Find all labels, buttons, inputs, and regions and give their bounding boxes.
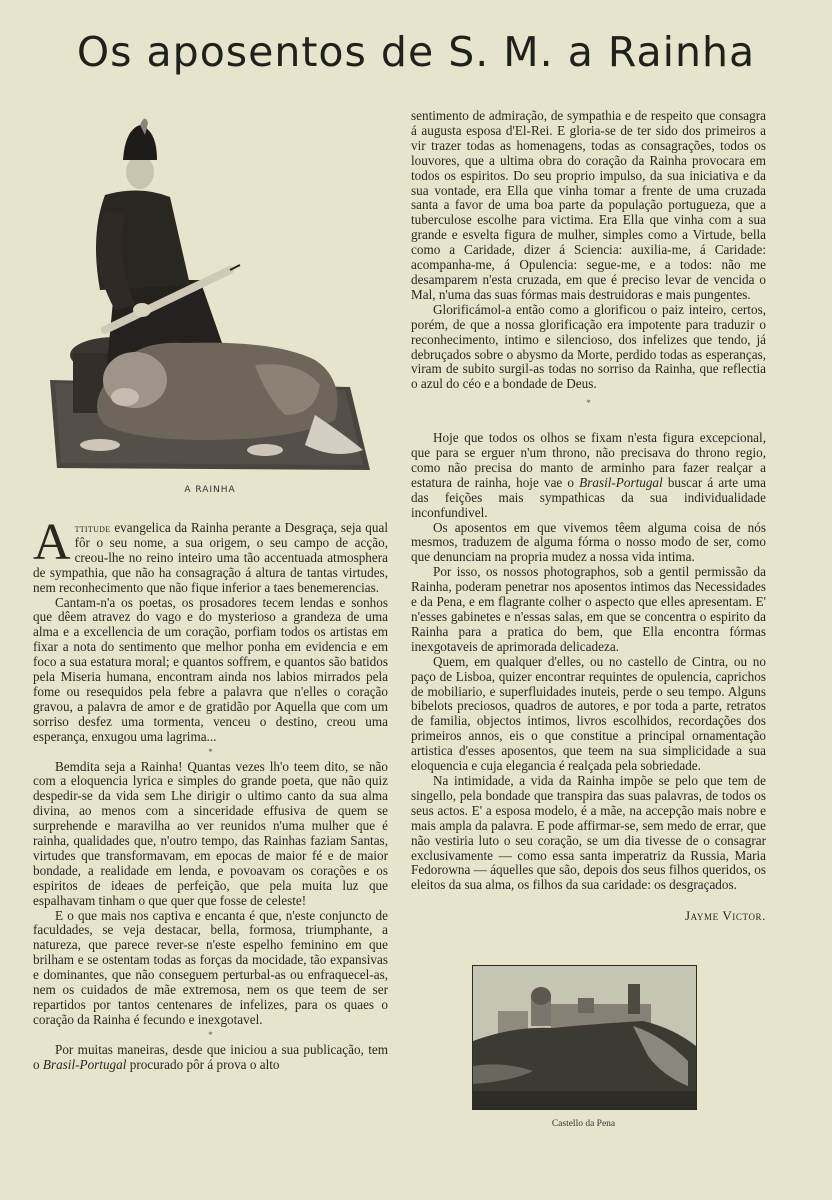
castle-photo-caption: Castello da Pena (472, 1119, 695, 1129)
article-title: Os aposentos de S. M. a Rainha (0, 28, 832, 76)
paragraph-2: Cantam-n'a os poetas, os prosadores tece… (33, 596, 388, 745)
paragraph-5: Por isso, os nossos photographos, sob a … (411, 565, 766, 654)
author-signature: Jayme Victor. (411, 909, 766, 924)
castle-photograph (472, 965, 697, 1110)
paragraph-1: Attitude evangelica da Rainha perante a … (33, 521, 388, 596)
queen-with-dog-image (45, 115, 375, 477)
left-column: Attitude evangelica da Rainha perante a … (33, 521, 388, 1073)
section-separator: * (33, 1028, 388, 1043)
paragraph-3: Hoje que todos os olhos se fixam n'esta … (411, 431, 766, 520)
queen-photo-caption: A RAINHA (45, 485, 375, 495)
drop-cap: A (33, 523, 71, 563)
paragraph-4: E o que mais nos captiva e encanta é que… (33, 909, 388, 1028)
pena-palace-image (473, 966, 696, 1109)
paragraph-5: Por muitas maneiras, desde que iniciou a… (33, 1043, 388, 1073)
right-column: sentimento de admiração, de sympathia e … (411, 109, 766, 924)
paragraph-2: Glorificámol-a então como a glorificou o… (411, 303, 766, 392)
publication-name: Brasil-Portugal (43, 1057, 127, 1072)
paragraph-4: Os aposentos em que vivemos têem alguma … (411, 521, 766, 566)
paragraph-1: sentimento de admiração, de sympathia e … (411, 109, 766, 303)
section-separator: * (411, 396, 766, 411)
publication-name: Brasil-Portugal (579, 475, 663, 490)
queen-photograph (45, 115, 375, 477)
paragraph-6: Quem, em qualquer d'elles, ou no castell… (411, 655, 766, 774)
paragraph-7: Na intimidade, a vida da Rainha impõe se… (411, 774, 766, 893)
paragraph-3: Bemdita seja a Rainha! Quantas vezes lh'… (33, 760, 388, 909)
section-separator: * (33, 745, 388, 760)
